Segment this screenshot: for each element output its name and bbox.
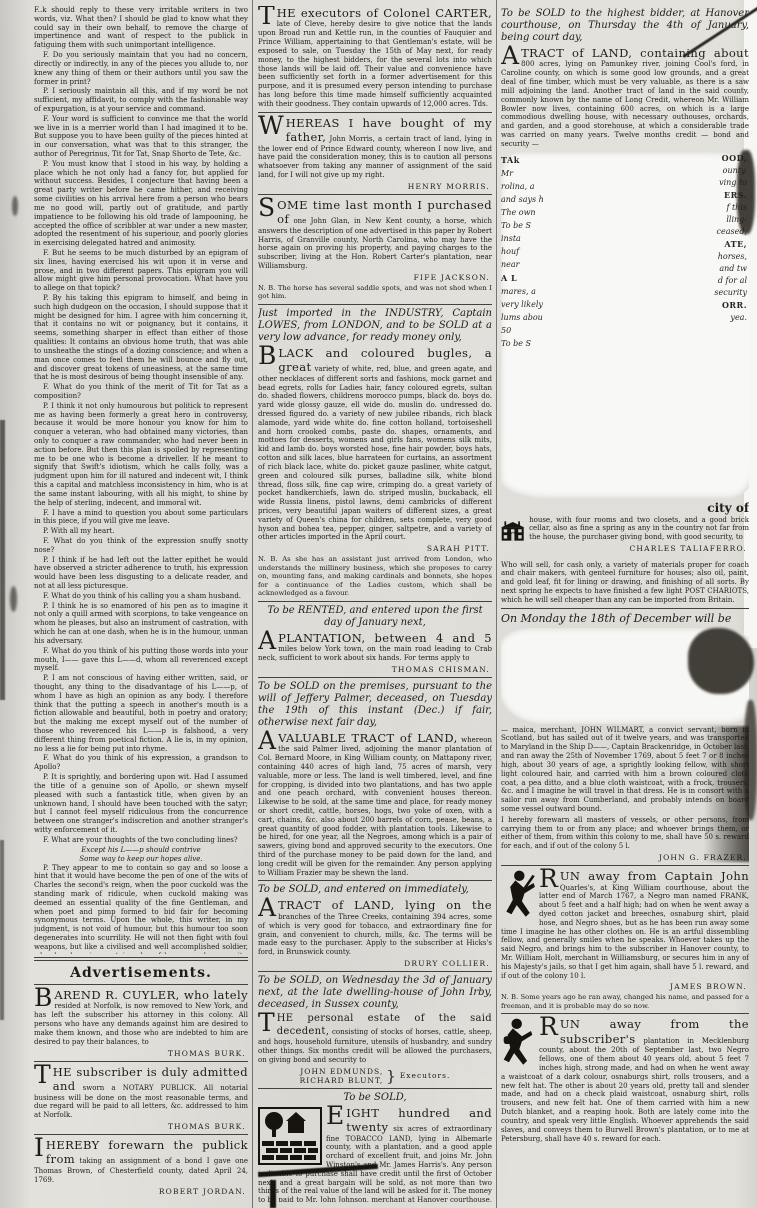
fragment-text: d for al (718, 276, 747, 285)
advert-lead: VALUABLE TRACT of LAND, (278, 731, 458, 745)
advert-body: ATRACT of LAND, lying on the branches of… (258, 898, 492, 957)
advert-heading: To be SOLD on the premises, pursuant to … (258, 681, 492, 729)
drop-cap: S (258, 198, 277, 218)
dialogue-paragraph: F. Your word is sufficient to convince m… (34, 115, 248, 159)
advert-body: BAREND R. CUYLER, who lately resided at … (34, 988, 248, 1047)
column-rule (496, 0, 497, 1208)
advert-heading: To be SOLD, (258, 1092, 492, 1104)
drop-cap: A (258, 898, 278, 918)
advert-palmer: To be SOLD on the premises, pursuant to … (258, 681, 492, 878)
signature: SARAH PITT. (258, 544, 490, 553)
signature: HENRY MORRIS. (258, 182, 490, 191)
article-divider (258, 971, 492, 972)
drop-cap: R (539, 869, 560, 889)
verse-line: Except his L——p should contrive (34, 846, 248, 854)
advert-hanover-land: To be SOLD to the highest bidder, at Han… (501, 8, 749, 149)
advert-body: RUN away from the subscriber's plantatio… (501, 1017, 749, 1143)
dialogue-paragraph: F. What do you think of his putting thos… (34, 647, 248, 673)
fragment-text: 50 (501, 326, 544, 335)
advert-body: THE personal estate of the said decedent… (258, 1013, 492, 1065)
dialogue-paragraph: P. By his taking this epigram to himself… (34, 294, 248, 382)
article-divider (258, 880, 492, 881)
dialogue-paragraph: F. But he seems to be much disturbed by … (34, 249, 248, 293)
dialogue-paragraph: P. I think he is so enamored of his pen … (34, 602, 248, 646)
advert-pitt: Just imported in the INDUSTRY, Captain L… (258, 308, 492, 598)
article-divider (258, 601, 492, 602)
executor-role: Executors. (400, 1071, 451, 1080)
dialogue-paragraph: F. I have a mind to question you about s… (34, 509, 248, 527)
fragment-text: To be S (501, 221, 544, 230)
signature: THOMAS BURK. (34, 1049, 246, 1058)
advert-body: RUN away from Captain John Quarles's, at… (501, 869, 749, 980)
advert-body: IHEREBY forewarn the publick from taking… (34, 1138, 248, 1185)
pen-stroke (270, 1180, 276, 1208)
dialogue-paragraph: F. What do you think of his expression, … (34, 754, 248, 772)
signature: CHARLES TALIAFERRO. (529, 544, 747, 553)
signature: THOMAS BURK. (34, 1122, 246, 1131)
dialogue-paragraph: F. What do you think of his calling you … (34, 592, 248, 601)
advert-lead: TRACT of LAND, lying on the (278, 898, 492, 912)
dialogue-paragraph: P. I think it not only humourous but pol… (34, 402, 248, 508)
advert-text: one John Glan, in New Kent county, a hor… (258, 217, 492, 270)
fragment-text: To be S (501, 339, 544, 348)
signature: JOHN G. FRAZER. (501, 853, 747, 862)
advert-collier: To be SOLD, and entered on immediately, … (258, 884, 492, 968)
house-row: city of house, with four rooms and two c… (501, 501, 749, 561)
executor-names: JOHN EDMUNDS, RICHARD BLUNT, (300, 1067, 384, 1085)
advert-text: I hereby forewarn all masters of vessels… (501, 816, 749, 851)
signature: JAMES BROWN. (501, 982, 747, 991)
fragment-text: A L (501, 273, 544, 283)
executors-signature: JOHN EDMUNDS, RICHARD BLUNT, } Executors… (258, 1067, 492, 1085)
drop-cap: R (539, 1017, 560, 1037)
city-of-fragment: city of (529, 501, 749, 515)
drop-cap: I (34, 1138, 46, 1158)
dialogue-paragraph: P. With all my heart. (34, 527, 248, 536)
advert-rented: To be RENTED, and entered upon the first… (258, 605, 492, 674)
article-divider (501, 608, 749, 609)
fragment-text: Mr (501, 169, 544, 178)
advert-lead: UN away from Captain John (560, 869, 749, 883)
article-divider (34, 1134, 248, 1135)
advert-text: miles below York town, on the main road … (258, 645, 492, 662)
advert-wilmart: — maica, merchant, JOHN WILMART, a convi… (501, 726, 749, 862)
drop-cap: B (258, 346, 278, 366)
advert-runaway-mecklenburg: RUN away from the subscriber's plantatio… (501, 1017, 749, 1143)
advert-lead: PLANTATION, between 4 and 5 (278, 631, 492, 645)
advert-heading: To be SOLD, and entered on immediately, (258, 884, 492, 896)
nb-note: N. B. The horse has several saddle spots… (258, 284, 492, 301)
dialogue-paragraph: F. What do you think of the merit of Tit… (34, 383, 248, 401)
drop-cap: E (326, 1106, 346, 1126)
torn-fragments-left: TAk Mr rolina, a and says h The own To b… (501, 155, 544, 348)
advert-body: APLANTATION, between 4 and 5 miles below… (258, 631, 492, 663)
advert-body: ATRACT of LAND, containing about 800 acr… (501, 46, 749, 149)
advert-text: Who will sell, for cash only, a variety … (501, 561, 749, 605)
advert-heading: To be RENTED, and entered upon the first… (258, 605, 492, 629)
advert-tobacco-land: To be SOLD, EIGHT hundred and twenty six… (258, 1092, 492, 1202)
drop-cap: B (34, 988, 54, 1008)
advert-text: resided at Norfolk, is now removed to Ne… (34, 1002, 248, 1045)
advert-heading: Just imported in the INDUSTRY, Captain L… (258, 308, 492, 344)
dialogue-paragraph: F..k should reply to these very irritabl… (34, 6, 248, 50)
advert-taliaferro: city of house, with four rooms and two c… (501, 501, 749, 605)
middle-column: THE executors of Colonel CARTER, late of… (258, 6, 492, 1202)
fragment-text: horses, (718, 252, 747, 261)
advert-carter-executors: THE executors of Colonel CARTER, late of… (258, 6, 492, 109)
advert-text: — maica, merchant, JOHN WILMART, a convi… (501, 726, 749, 814)
advert-text: plantation in Mecklenburg county, about … (501, 1037, 749, 1143)
newspaper-page: F..k should reply to these very irritabl… (0, 0, 757, 1208)
dialogue-section: F..k should reply to these very irritabl… (34, 6, 248, 954)
drop-cap: W (258, 116, 286, 136)
fragment-text: near (501, 260, 544, 269)
advert-body: WHEREAS I have bought of my father, John… (258, 116, 492, 180)
article-divider (258, 194, 492, 195)
ink-smudge (744, 700, 757, 820)
fragment-text: houf (501, 247, 544, 256)
ink-smudge (737, 150, 755, 234)
fragment-text: yea. (730, 313, 747, 322)
fragment-text: and says h (501, 195, 544, 204)
running-figure-woodcut (501, 1018, 535, 1070)
advert-runaway-quarles: RUN away from Captain John Quarles's, at… (501, 869, 749, 1010)
section-divider (34, 957, 248, 961)
advert-lead: TRACT of LAND, containing about (521, 46, 749, 60)
edge-shadow (0, 420, 5, 700)
fragment-text: The own (501, 208, 544, 217)
plantation-landscape-woodcut (258, 1107, 322, 1165)
executor-name: RICHARD BLUNT, (300, 1076, 384, 1085)
dialogue-paragraph: P. I think if he had left out the latter… (34, 556, 248, 591)
article-divider (258, 677, 492, 678)
taliaferro-text: city of house, with four rooms and two c… (529, 501, 749, 555)
column-rule (252, 0, 253, 1208)
ink-smudge (12, 196, 18, 216)
running-figure-woodcut (501, 870, 535, 922)
dialogue-paragraph: P. I am not conscious of having either w… (34, 674, 248, 753)
drop-cap: T (258, 6, 277, 26)
brace-glyph: } (386, 1067, 397, 1085)
signature: ROBERT JORDAN. (34, 1187, 246, 1196)
advert-lead: AREND R. CUYLER, who lately (54, 988, 248, 1002)
nb-note: N. B. As she has an assistant just arriv… (258, 555, 492, 597)
advert-text: whereon the said Palmer lived, adjoining… (258, 736, 492, 877)
tear-region: TAk Mr rolina, a and says h The own To b… (501, 151, 749, 499)
dialogue-paragraph: P. They appear to me to contain so gay a… (34, 864, 248, 954)
article-divider (34, 1061, 248, 1062)
advert-heading: To be SOLD, on Wednesday the 3d of Janua… (258, 975, 492, 1011)
right-column: To be SOLD to the highest bidder, at Han… (501, 6, 749, 1202)
fragment-text: rolina, a (501, 182, 544, 191)
drop-cap: T (34, 1065, 53, 1085)
advert-body: THE subscriber is duly admitted and swor… (34, 1065, 248, 1120)
fragment-text: lums abou (501, 313, 544, 322)
signature: DRURY COLLIER. (258, 959, 490, 968)
advert-jackson: SOME time last month I purchased of one … (258, 198, 492, 301)
drop-cap: T (258, 1013, 277, 1033)
house-woodcut (501, 501, 525, 561)
article-divider (258, 1088, 492, 1089)
dialogue-paragraph: F. What do you think of the expression s… (34, 537, 248, 555)
dialogue-paragraph: F. What are your thoughts of the two con… (34, 836, 248, 845)
monday-sale-heading: On Monday the 18th of December will be (501, 612, 749, 625)
fragment-text: very likely (501, 300, 544, 309)
advert-text: late of Cleve, hereby desire to give not… (258, 20, 492, 107)
advert-body: THE executors of Colonel CARTER, late of… (258, 6, 492, 109)
article-divider (258, 112, 492, 113)
fragment-text: security (714, 288, 747, 297)
signature: THOMAS CHISMAN. (258, 665, 490, 674)
advert-text: branches of the Three Creeks, containing… (258, 913, 492, 956)
fragment-text: and tw (719, 264, 747, 273)
ink-smudge (688, 628, 754, 694)
drop-cap: A (258, 731, 278, 751)
drop-cap: A (258, 631, 278, 651)
advert-text: Quarles's, at King William courthouse, a… (501, 884, 749, 980)
advert-cuyler: BAREND R. CUYLER, who lately resided at … (34, 988, 248, 1058)
advert-body: AVALUABLE TRACT of LAND, whereon the sai… (258, 731, 492, 878)
advert-irby: To be SOLD, on Wednesday the 3d of Janua… (258, 975, 492, 1085)
dialogue-paragraph: P. It is sprightly, and bordering upon w… (34, 773, 248, 835)
article-divider (258, 304, 492, 305)
drop-cap: A (501, 46, 521, 66)
signature: FIFE JACKSON. (258, 273, 490, 282)
nb-note: N. B. Some years ago he ran away, change… (501, 993, 749, 1010)
left-column: F..k should reply to these very irritabl… (34, 6, 248, 1202)
fragment-text: mares, a (501, 287, 544, 296)
advert-jordan: IHEREBY forewarn the publick from taking… (34, 1138, 248, 1196)
section-divider (34, 984, 248, 985)
advertisements-header: Advertisements. (34, 965, 248, 981)
advert-text: house, with four rooms and two closets, … (529, 516, 749, 542)
dialogue-paragraph: P. You must know that I stood in his way… (34, 160, 248, 248)
dialogue-paragraph: F. Do you seriously maintain that you ha… (34, 51, 248, 86)
advert-body: SOME time last month I purchased of one … (258, 198, 492, 271)
fragment-text: insta (501, 234, 544, 243)
advert-text: variety of white, red, blue, and green a… (258, 365, 492, 541)
verse-line: Some way to keep our hopes alive. (34, 855, 248, 863)
advert-lead: HE executors of Colonel CARTER, (277, 6, 492, 20)
edge-shadow (0, 840, 4, 1020)
advert-notary: THE subscriber is duly admitted and swor… (34, 1065, 248, 1131)
fragment-text: TAk (501, 155, 544, 165)
ink-smudge (10, 586, 17, 612)
dialogue-paragraph: P. I seriously maintain all this, and if… (34, 87, 248, 113)
advert-body: BLACK and coloured bugles, a great varie… (258, 346, 492, 542)
advert-text: 800 acres, lying on Pamunkey river, join… (501, 60, 749, 147)
advert-morris: WHEREAS I have bought of my father, John… (258, 116, 492, 191)
fragment-text: ATE, (724, 239, 747, 249)
fragment-text: ORR. (722, 300, 747, 310)
executor-name: JOHN EDMUNDS, (300, 1067, 384, 1076)
